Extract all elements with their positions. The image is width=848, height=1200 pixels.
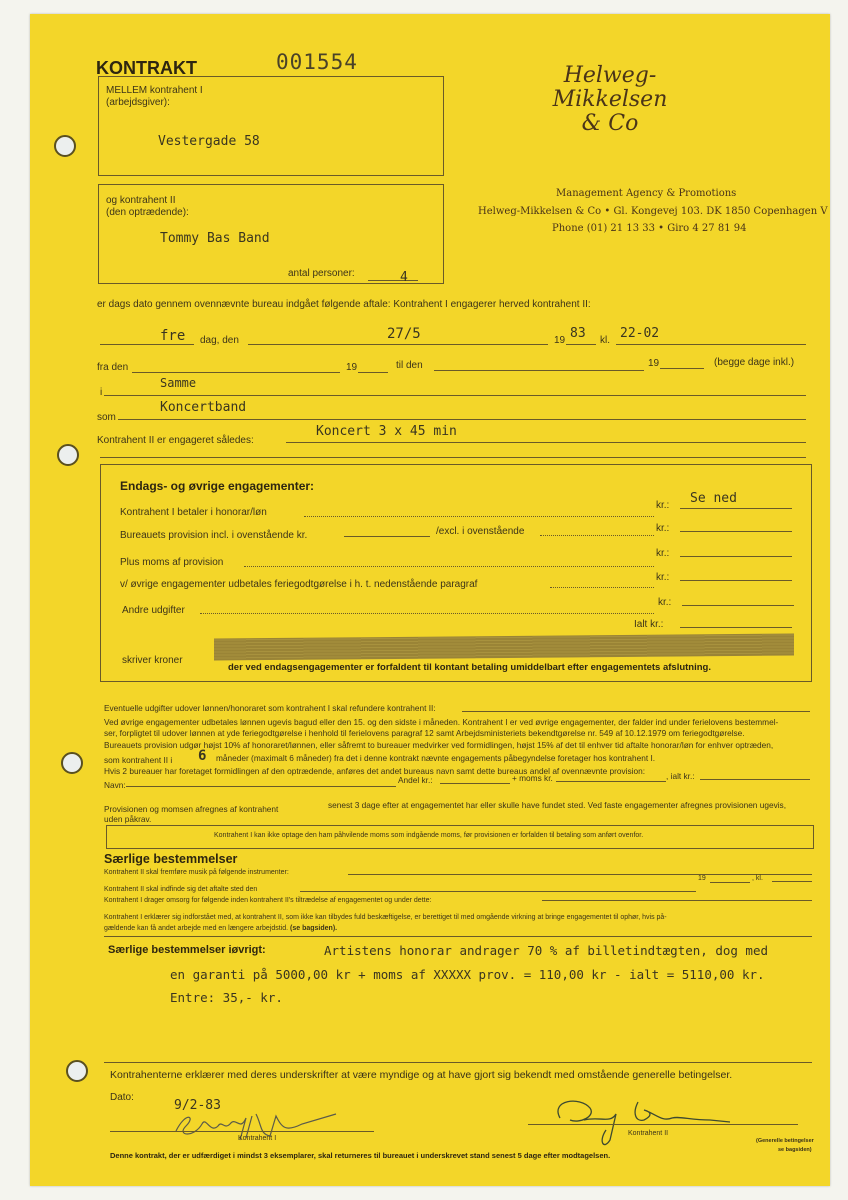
fee-value[interactable]: Se ned: [690, 491, 737, 506]
time-label: kl.: [600, 335, 610, 346]
name-label: Navn:: [104, 780, 126, 790]
share-label: Andel kr.:: [398, 775, 433, 785]
party2-signature: [540, 1090, 760, 1150]
total-share-label: , ialt kr.:: [666, 771, 695, 781]
party1-value[interactable]: Vestergade 58: [158, 134, 260, 149]
agreement-intro: er dags dato gennem ovennævnte bureau in…: [97, 299, 591, 310]
as-value[interactable]: Koncertband: [160, 400, 246, 415]
day-label: dag, den: [200, 335, 239, 346]
vat-label: + moms kr.: [512, 773, 553, 783]
payment-row-currency: kr.:: [658, 597, 671, 608]
logo-line-2: Mikkelsen: [550, 88, 670, 112]
other-line-2[interactable]: en garanti på 5000,00 kr + moms af XXXXX…: [170, 967, 765, 982]
payment-row-currency: kr.:: [656, 572, 669, 583]
engaged-label: Kontrahent II er engageret således:: [97, 435, 254, 446]
contract-paper: KONTRAKT 001554 MELLEM kontrahent I (arb…: [30, 14, 830, 1186]
declare-text: gældende kan få andet arbejde med en læn…: [104, 925, 288, 932]
to-label: til den: [396, 360, 423, 371]
signature-declaration: Kontrahenterne erklærer med deres unders…: [110, 1069, 732, 1081]
declare-line-1: Kontrahent I erklærer sig indforstået me…: [104, 914, 667, 921]
agency-address: Helweg-Mikkelsen & Co • Gl. Kongevej 103…: [478, 206, 828, 217]
holiday-line-1: Ved øvrige engagementer udbetales lønnen…: [104, 717, 778, 727]
to-year-prefix: 19: [648, 358, 659, 369]
general-note-line-2: se bagsiden): [778, 1147, 812, 1153]
settle-line-1b: senest 3 dage efter at engagementet har …: [328, 800, 786, 810]
due-note: der ved endagsengagementer er forfaldent…: [228, 662, 711, 673]
place-value[interactable]: Samme: [160, 376, 196, 390]
declare-note[interactable]: (se bagsiden).: [290, 925, 337, 932]
year-value[interactable]: 83: [570, 326, 586, 341]
engaged-value[interactable]: Koncert 3 x 45 min: [316, 424, 457, 439]
special-heading: Særlige bestemmelser: [104, 852, 237, 866]
vat-notice: Kontrahent I kan ikke optage den ham påh…: [214, 832, 643, 839]
payment-row-currency: kr.:: [656, 548, 669, 559]
payment-row-label: Plus moms af provision: [120, 557, 223, 568]
date-value[interactable]: 27/5: [387, 326, 421, 342]
binder-hole: [57, 444, 79, 466]
commission-line-2b: måneder (maximalt 6 måneder) fra det i d…: [216, 753, 655, 763]
instruments-label: Kontrahent II skal fremføre musik på føl…: [104, 869, 289, 876]
provide-label: Kontrahent I drager omsorg for følgende …: [104, 897, 431, 904]
refund-label: Eventuelle udgifter udover lønnen/honora…: [104, 703, 436, 713]
two-bureaus-note: Hvis 2 bureauer har foretaget formidling…: [104, 766, 645, 776]
year-prefix: 19: [554, 335, 565, 346]
arrive-year-prefix: 19: [698, 875, 706, 882]
time-value[interactable]: 22-02: [620, 326, 659, 341]
place-label: i: [100, 387, 102, 398]
contract-number: 001554: [276, 50, 358, 74]
arrive-time-label: , kl.: [752, 875, 763, 882]
other-line-3[interactable]: Entre: 35,- kr.: [170, 990, 283, 1005]
binder-hole: [54, 135, 76, 157]
party2-value[interactable]: Tommy Bas Band: [160, 231, 270, 246]
both-days-note: (begge dage inkl.): [714, 357, 794, 368]
payment-row-currency: kr.:: [656, 500, 669, 511]
payment-row-label: Kontrahent I betaler i honorar/løn: [120, 507, 267, 518]
footer-note: Denne kontrakt, der er udfærdiget i mind…: [110, 1151, 610, 1160]
party1-signature-label: Kontrahent I: [238, 1135, 276, 1142]
payment-row-label-excl: /excl. i ovenstående: [436, 526, 524, 537]
declare-line-2: gældende kan få andet arbejde med en læn…: [104, 925, 337, 932]
agency-tagline: Management Agency & Promotions: [556, 188, 736, 199]
payment-row-label: Bureauets provision incl. i ovenstående …: [120, 530, 307, 541]
binder-hole: [61, 752, 83, 774]
agency-phone: Phone (01) 21 13 33 • Giro 4 27 81 94: [552, 223, 746, 234]
commission-line-2a: som kontrahent II i: [104, 755, 172, 765]
general-note-line-1: (Generelle betingelser: [756, 1138, 814, 1144]
payment-row-label: Andre udgifter: [122, 605, 185, 616]
settle-line-2: uden påkrav.: [104, 814, 151, 824]
from-label: fra den: [97, 362, 128, 373]
persons-label: antal personer:: [288, 268, 355, 279]
party1-label: MELLEM kontrahent I: [106, 85, 203, 96]
as-label: som: [97, 412, 116, 423]
persons-value[interactable]: 4: [400, 270, 408, 285]
agency-logo: Helweg- Mikkelsen & Co: [550, 64, 670, 136]
from-year-prefix: 19: [346, 362, 357, 373]
settle-line-1a: Provisionen og momsen afregnes af kontra…: [104, 804, 278, 814]
party2-signature-label: Kontrahent II: [628, 1130, 668, 1137]
arrive-label: Kontrahent II skal indfinde sig det afta…: [104, 886, 257, 893]
day-value[interactable]: fre: [160, 328, 185, 344]
words-label: skriver kroner: [122, 655, 183, 666]
date-label: Dato:: [110, 1092, 134, 1103]
party1-sublabel: (arbejdsgiver):: [106, 97, 170, 108]
holiday-line-2: ser, forpligtet til udover lønnen at yde…: [104, 728, 745, 738]
binder-hole: [66, 1060, 88, 1082]
logo-line-3: & Co: [550, 112, 670, 136]
total-label: Ialt kr.:: [634, 619, 663, 630]
payment-row-currency: kr.:: [656, 523, 669, 534]
party2-sublabel: (den optrædende):: [106, 207, 189, 218]
months-value[interactable]: 6: [198, 748, 206, 764]
party2-label: og kontrahent II: [106, 195, 176, 206]
logo-line-1: Helweg-: [550, 64, 670, 88]
payment-row-label: v/ øvrige engagementer udbetales feriego…: [120, 579, 477, 590]
other-line-1[interactable]: Artistens honorar andrager 70 % af bille…: [324, 943, 768, 958]
other-provisions-label: Særlige bestemmelser iøvrigt:: [108, 944, 266, 956]
payment-heading: Endags- og øvrige engagementer:: [120, 479, 314, 493]
